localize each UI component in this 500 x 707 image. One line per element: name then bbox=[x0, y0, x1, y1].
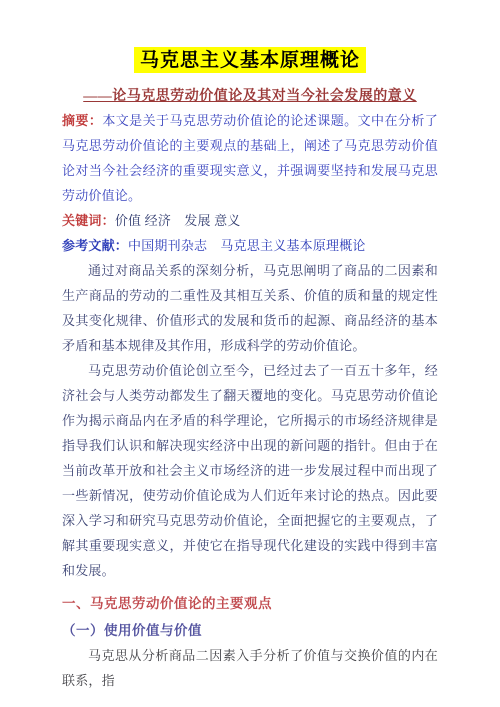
body-paragraph-2: 马克思劳动价值论创立至今，已经过去了一百五十多年，经济社会与人类劳动都发生了翻天… bbox=[62, 358, 438, 583]
keywords-text: 价值 经济 发展 意义 bbox=[115, 213, 241, 228]
keywords-line: 关键词：价值 经济 发展 意义 bbox=[62, 208, 438, 233]
body-paragraph-3: 马克思从分析商品二因素入手分析了价值与交换价值的内在联系，指 bbox=[62, 643, 438, 693]
title-highlight: 马克思主义基本原理概论 bbox=[134, 47, 366, 73]
abstract-paragraph: 摘要：本文是关于马克思劳动价值论的论述课题。文中在分析了马克思劳动价值论的主要观… bbox=[62, 108, 438, 208]
references-text: 中国期刊杂志 马克思主义基本原理概论 bbox=[128, 238, 366, 253]
page-subtitle: ——论马克思劳动价值论及其对当今社会发展的意义 bbox=[62, 86, 438, 108]
page-title: 马克思主义基本原理概论 bbox=[62, 44, 438, 78]
section-heading: 一、马克思劳动价值论的主要观点 bbox=[62, 591, 438, 616]
subsection-heading: （一）使用价值与价值 bbox=[62, 618, 438, 643]
document-page: 马克思主义基本原理概论 ——论马克思劳动价值论及其对当今社会发展的意义 摘要：本… bbox=[0, 0, 500, 707]
references-line: 参考文献：中国期刊杂志 马克思主义基本原理概论 bbox=[62, 233, 438, 258]
references-label: 参考文献： bbox=[62, 238, 128, 253]
keywords-label: 关键词： bbox=[62, 213, 115, 228]
abstract-text: 本文是关于马克思劳动价值论的论述课题。文中在分析了马克思劳动价值论的主要观点的基… bbox=[62, 113, 438, 203]
body-paragraph-1: 通过对商品关系的深刻分析，马克思阐明了商品的二因素和生产商品的劳动的二重性及其相… bbox=[62, 258, 438, 358]
abstract-label: 摘要： bbox=[62, 113, 102, 128]
